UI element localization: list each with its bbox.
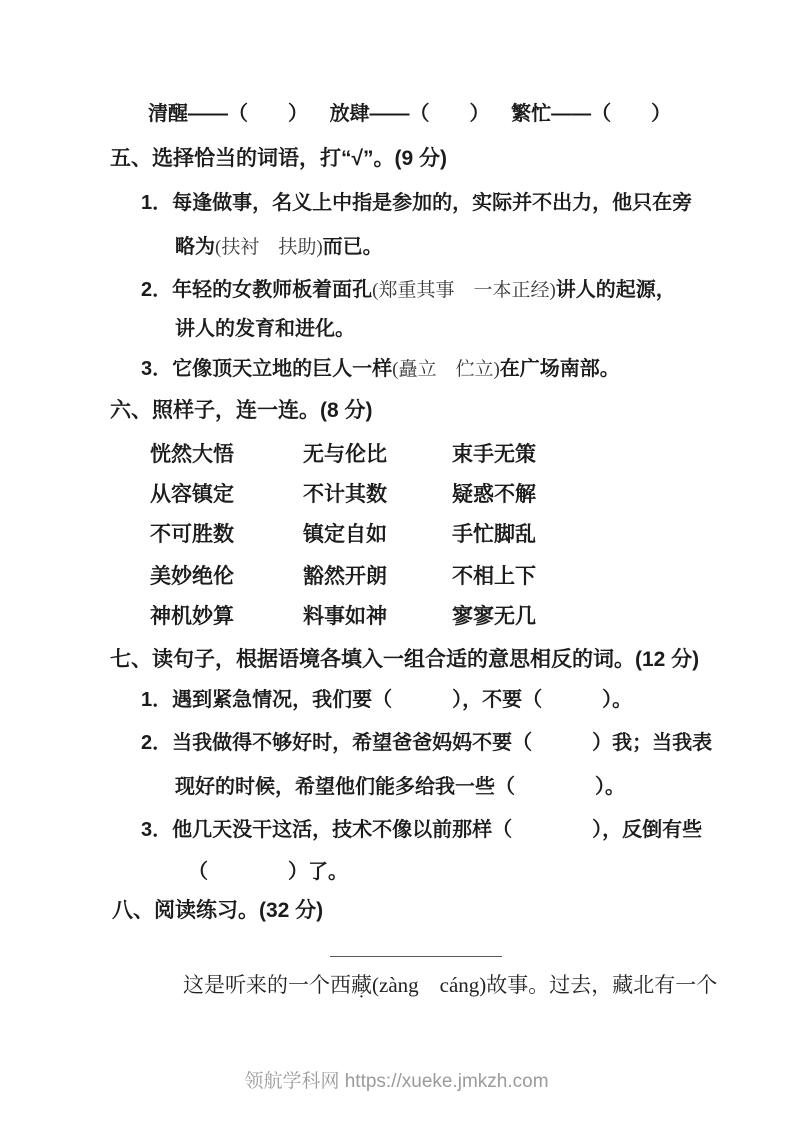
section7-item1: 1．遇到紧急情况，我们要（ ），不要（ ）。	[141, 688, 632, 713]
section8-heading: 八、阅读练习。(32 分)	[112, 898, 323, 924]
worksheet-page: 清醒——（ ） 放肆——（ ） 繁忙——（ ） 五、选择恰当的词语，打“√”。(…	[0, 0, 793, 1122]
antonym-pair-fanmang: 繁忙——（ ）	[511, 102, 671, 127]
section7-item3-line2: （ ）了。	[188, 860, 348, 885]
section6-match-row-2: 从容镇定 不计其数 疑惑不解	[0, 478, 793, 506]
section5-item1-word-choices: (扶衬 扶助)	[215, 237, 323, 258]
section5-item2-line2: 讲人的发育和进化。	[175, 317, 355, 342]
match-word: 镇定自如	[303, 518, 387, 548]
section5-item1-line2: 略为(扶衬 扶助)而已。	[175, 235, 383, 260]
passage-first-line: 这是听来的一个西藏(zàng cáng)故事。过去，藏北有一个	[183, 972, 717, 998]
section7-item3-line1: 3．他几天没干这活，技术不像以前那样（ ），反倒有些	[141, 818, 702, 843]
section5-item1-line1: 1．每逢做事，名义上中指是参加的，实际并不出力，他只在旁	[141, 191, 692, 216]
match-word: 手忙脚乱	[452, 518, 536, 548]
section6-match-row-4: 美妙绝伦 豁然开朗 不相上下	[0, 560, 793, 588]
section5-heading: 五、选择恰当的词语，打“√”。(9 分)	[110, 146, 447, 172]
section6-heading: 六、照样子，连一连。(8 分)	[110, 398, 373, 424]
passage-title-blank-line	[330, 956, 502, 957]
section5-item2-line1-post: 讲人的起源，	[556, 279, 676, 301]
match-word: 不计其数	[303, 478, 387, 508]
antonym-completion-row: 清醒——（ ） 放肆——（ ） 繁忙——（ ）	[148, 102, 687, 127]
section6-match-row-3: 不可胜数 镇定自如 手忙脚乱	[0, 518, 793, 546]
antonym-pair-qingxing: 清醒——（ ）	[148, 102, 308, 127]
section5-item2-line1: 2．年轻的女教师板着面孔(郑重其事 一本正经)讲人的起源，	[141, 278, 676, 303]
match-word: 豁然开朗	[303, 560, 387, 590]
match-word: 不可胜数	[150, 518, 234, 548]
match-word: 无与伦比	[303, 438, 387, 468]
match-word: 神机妙算	[150, 600, 234, 630]
match-word: 寥寥无几	[452, 600, 536, 630]
match-word: 恍然大悟	[150, 438, 234, 468]
watermark-footer: 领航学科网 https://xueke.jmkzh.com	[0, 1066, 793, 1093]
emphasized-character: 藏	[351, 972, 372, 998]
match-word: 美妙绝伦	[150, 560, 234, 590]
passage-text-post: 故事。过去，藏北有一个	[486, 973, 717, 997]
match-word: 料事如神	[303, 600, 387, 630]
section7-item2-line1: 2．当我做得不够好时，希望爸爸妈妈不要（ ）我；当我表	[141, 731, 712, 756]
section7-heading: 七、读句子，根据语境各填入一组合适的意思相反的词。(12 分)	[110, 647, 699, 673]
section7-item2-line2: 现好的时候，希望他们能多给我一些（ ）。	[175, 775, 625, 800]
section5-item3: 3．它像顶天立地的巨人一样(矗立 伫立)在广场南部。	[141, 357, 620, 382]
match-word: 不相上下	[452, 560, 536, 590]
section5-item2-word-choices: (郑重其事 一本正经)	[372, 280, 556, 301]
section6-match-row-5: 神机妙算 料事如神 寥寥无几	[0, 600, 793, 628]
passage-pinyin-choices: (zàng cáng)	[372, 973, 486, 997]
match-word: 从容镇定	[150, 478, 234, 508]
section5-item3-post: 在广场南部。	[500, 358, 620, 380]
section5-item3-pre: 3．它像顶天立地的巨人一样	[141, 358, 392, 380]
section6-match-row-1: 恍然大悟 无与伦比 束手无策	[0, 438, 793, 466]
section5-item2-line1-pre: 2．年轻的女教师板着面孔	[141, 279, 372, 301]
section5-item3-word-choices: (矗立 伫立)	[392, 359, 500, 380]
passage-text-pre: 这是听来的一个西	[183, 973, 351, 997]
section5-item1-line2-pre: 略为	[175, 236, 215, 258]
match-word: 疑惑不解	[452, 478, 536, 508]
antonym-pair-fangsi: 放肆——（ ）	[330, 102, 490, 127]
section5-item1-line2-post: 而已。	[323, 236, 383, 258]
match-word: 束手无策	[452, 438, 536, 468]
